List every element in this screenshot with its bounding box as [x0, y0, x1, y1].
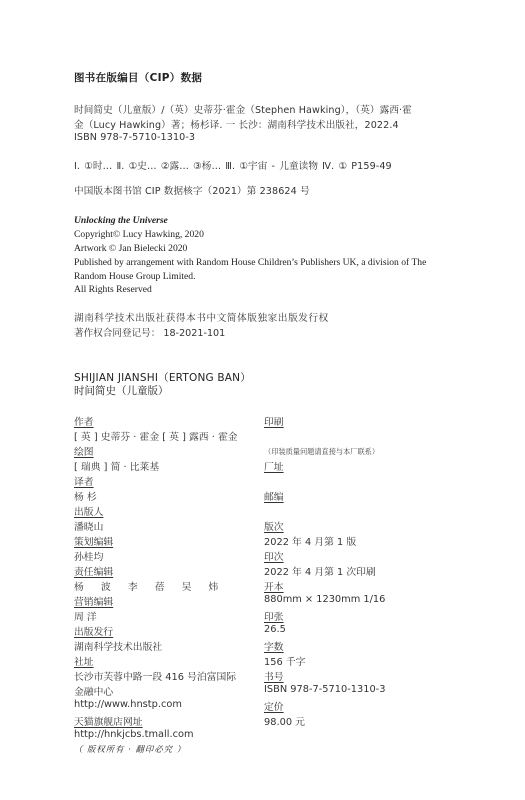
label-planning-editor: 策划编辑: [74, 534, 113, 548]
label-tmall-store: 天猫旗舰店网址: [74, 714, 143, 728]
label-printer: 印刷: [264, 414, 284, 428]
value-address-line-1: 长沙市芙蓉中路一段 416 号泊富国际: [74, 669, 236, 683]
value-edition: 2022 年 4 月第 1 版: [264, 534, 356, 548]
chinese-title: 时间简史（儿童版）: [74, 383, 169, 398]
all-rights-reserved: All Rights Reserved: [74, 284, 152, 295]
cip-classification: Ⅰ. ①时… Ⅱ. ①史… ②露… ③杨… Ⅲ. ①宇宙 - 儿童读物 Ⅳ. ①…: [74, 158, 392, 172]
rights-statement: 湖南科学技术出版社获得本书中文简体版独家出版发行权: [74, 310, 329, 324]
label-factory-address: 厂址: [264, 459, 284, 473]
value-printed-sheets: 26.5: [264, 624, 286, 635]
label-marketing-editor: 营销编辑: [74, 594, 113, 608]
label-publisher-person: 出版人: [74, 504, 103, 518]
value-publisher-person: 潘晓山: [74, 519, 103, 533]
label-format: 开本: [264, 579, 284, 593]
label-distribution: 出版发行: [74, 624, 113, 638]
value-distribution: 湖南科学技术出版社: [74, 639, 162, 653]
label-address: 社址: [74, 654, 94, 668]
label-edition: 版次: [264, 519, 284, 533]
label-impression: 印次: [264, 549, 284, 563]
value-format: 880mm × 1230mm 1/16: [264, 594, 385, 605]
cip-entry-line-1: 时间简史（儿童版）/（英）史蒂芬·霍金（Stephen Hawking），（英）…: [74, 102, 412, 116]
copyright-line: Copyright© Lucy Hawking, 2020: [74, 229, 204, 240]
value-isbn: ISBN 978-7-5710-1310-3: [264, 684, 385, 695]
printing-quality-note: （印装质量问题请直接与本厂联系）: [264, 447, 379, 457]
value-responsible-editor: 杨 波 李 蓓 吴 炜: [74, 579, 225, 593]
label-postcode: 邮编: [264, 489, 284, 503]
label-responsible-editor: 责任编辑: [74, 564, 113, 578]
cip-entry-line-2: 金（Lucy Hawking）著；杨杉译. 一 长沙：湖南科学技术出版社，202…: [74, 117, 399, 131]
label-price: 定价: [264, 699, 284, 713]
value-word-count: 156 千字: [264, 654, 305, 668]
value-address-line-2: 金融中心: [74, 684, 113, 698]
label-translator: 译者: [74, 474, 94, 488]
original-title: Unlocking the Universe: [74, 215, 168, 226]
artwork-copyright-line: Artwork © Jan Bielecki 2020: [74, 243, 187, 254]
value-author: [ 英 ] 史蒂芬 · 霍金 [ 英 ] 露西 · 霍金: [74, 429, 238, 443]
tmall-store-link[interactable]: http://hnkjcbs.tmall.com: [74, 729, 194, 740]
label-printed-sheets: 印张: [264, 609, 284, 623]
label-illustrator: 绘图: [74, 444, 94, 458]
value-price: 98.00 元: [264, 714, 305, 728]
value-illustrator: [ 瑞典 ] 简 · 比莱基: [74, 459, 159, 473]
value-translator: 杨 杉: [74, 489, 97, 503]
arrangement-line-1: Published by arrangement with Random Hou…: [74, 257, 426, 268]
cip-data-number: 中国版本图书馆 CIP 数据核字（2021）第 238624 号: [74, 183, 310, 197]
value-marketing-editor: 周 洋: [74, 609, 97, 623]
cip-title: 图书在版编目（CIP）数据: [74, 70, 202, 85]
cip-isbn: ISBN 978-7-5710-1310-3: [74, 132, 195, 143]
label-book-number: 书号: [264, 669, 284, 683]
copyright-notice: （ 版权所有 · 翻印必究 ）: [74, 743, 186, 755]
label-author: 作者: [74, 414, 94, 428]
arrangement-line-2: Random House Group Limited.: [74, 271, 196, 282]
label-word-count: 字数: [264, 639, 284, 653]
website-link[interactable]: http://www.hnstp.com: [74, 699, 182, 710]
value-impression: 2022 年 4 月第 1 次印刷: [264, 564, 376, 578]
value-planning-editor: 孙桂均: [74, 549, 103, 563]
contract-registration-number: 著作权合同登记号： 18-2021-101: [74, 325, 225, 339]
